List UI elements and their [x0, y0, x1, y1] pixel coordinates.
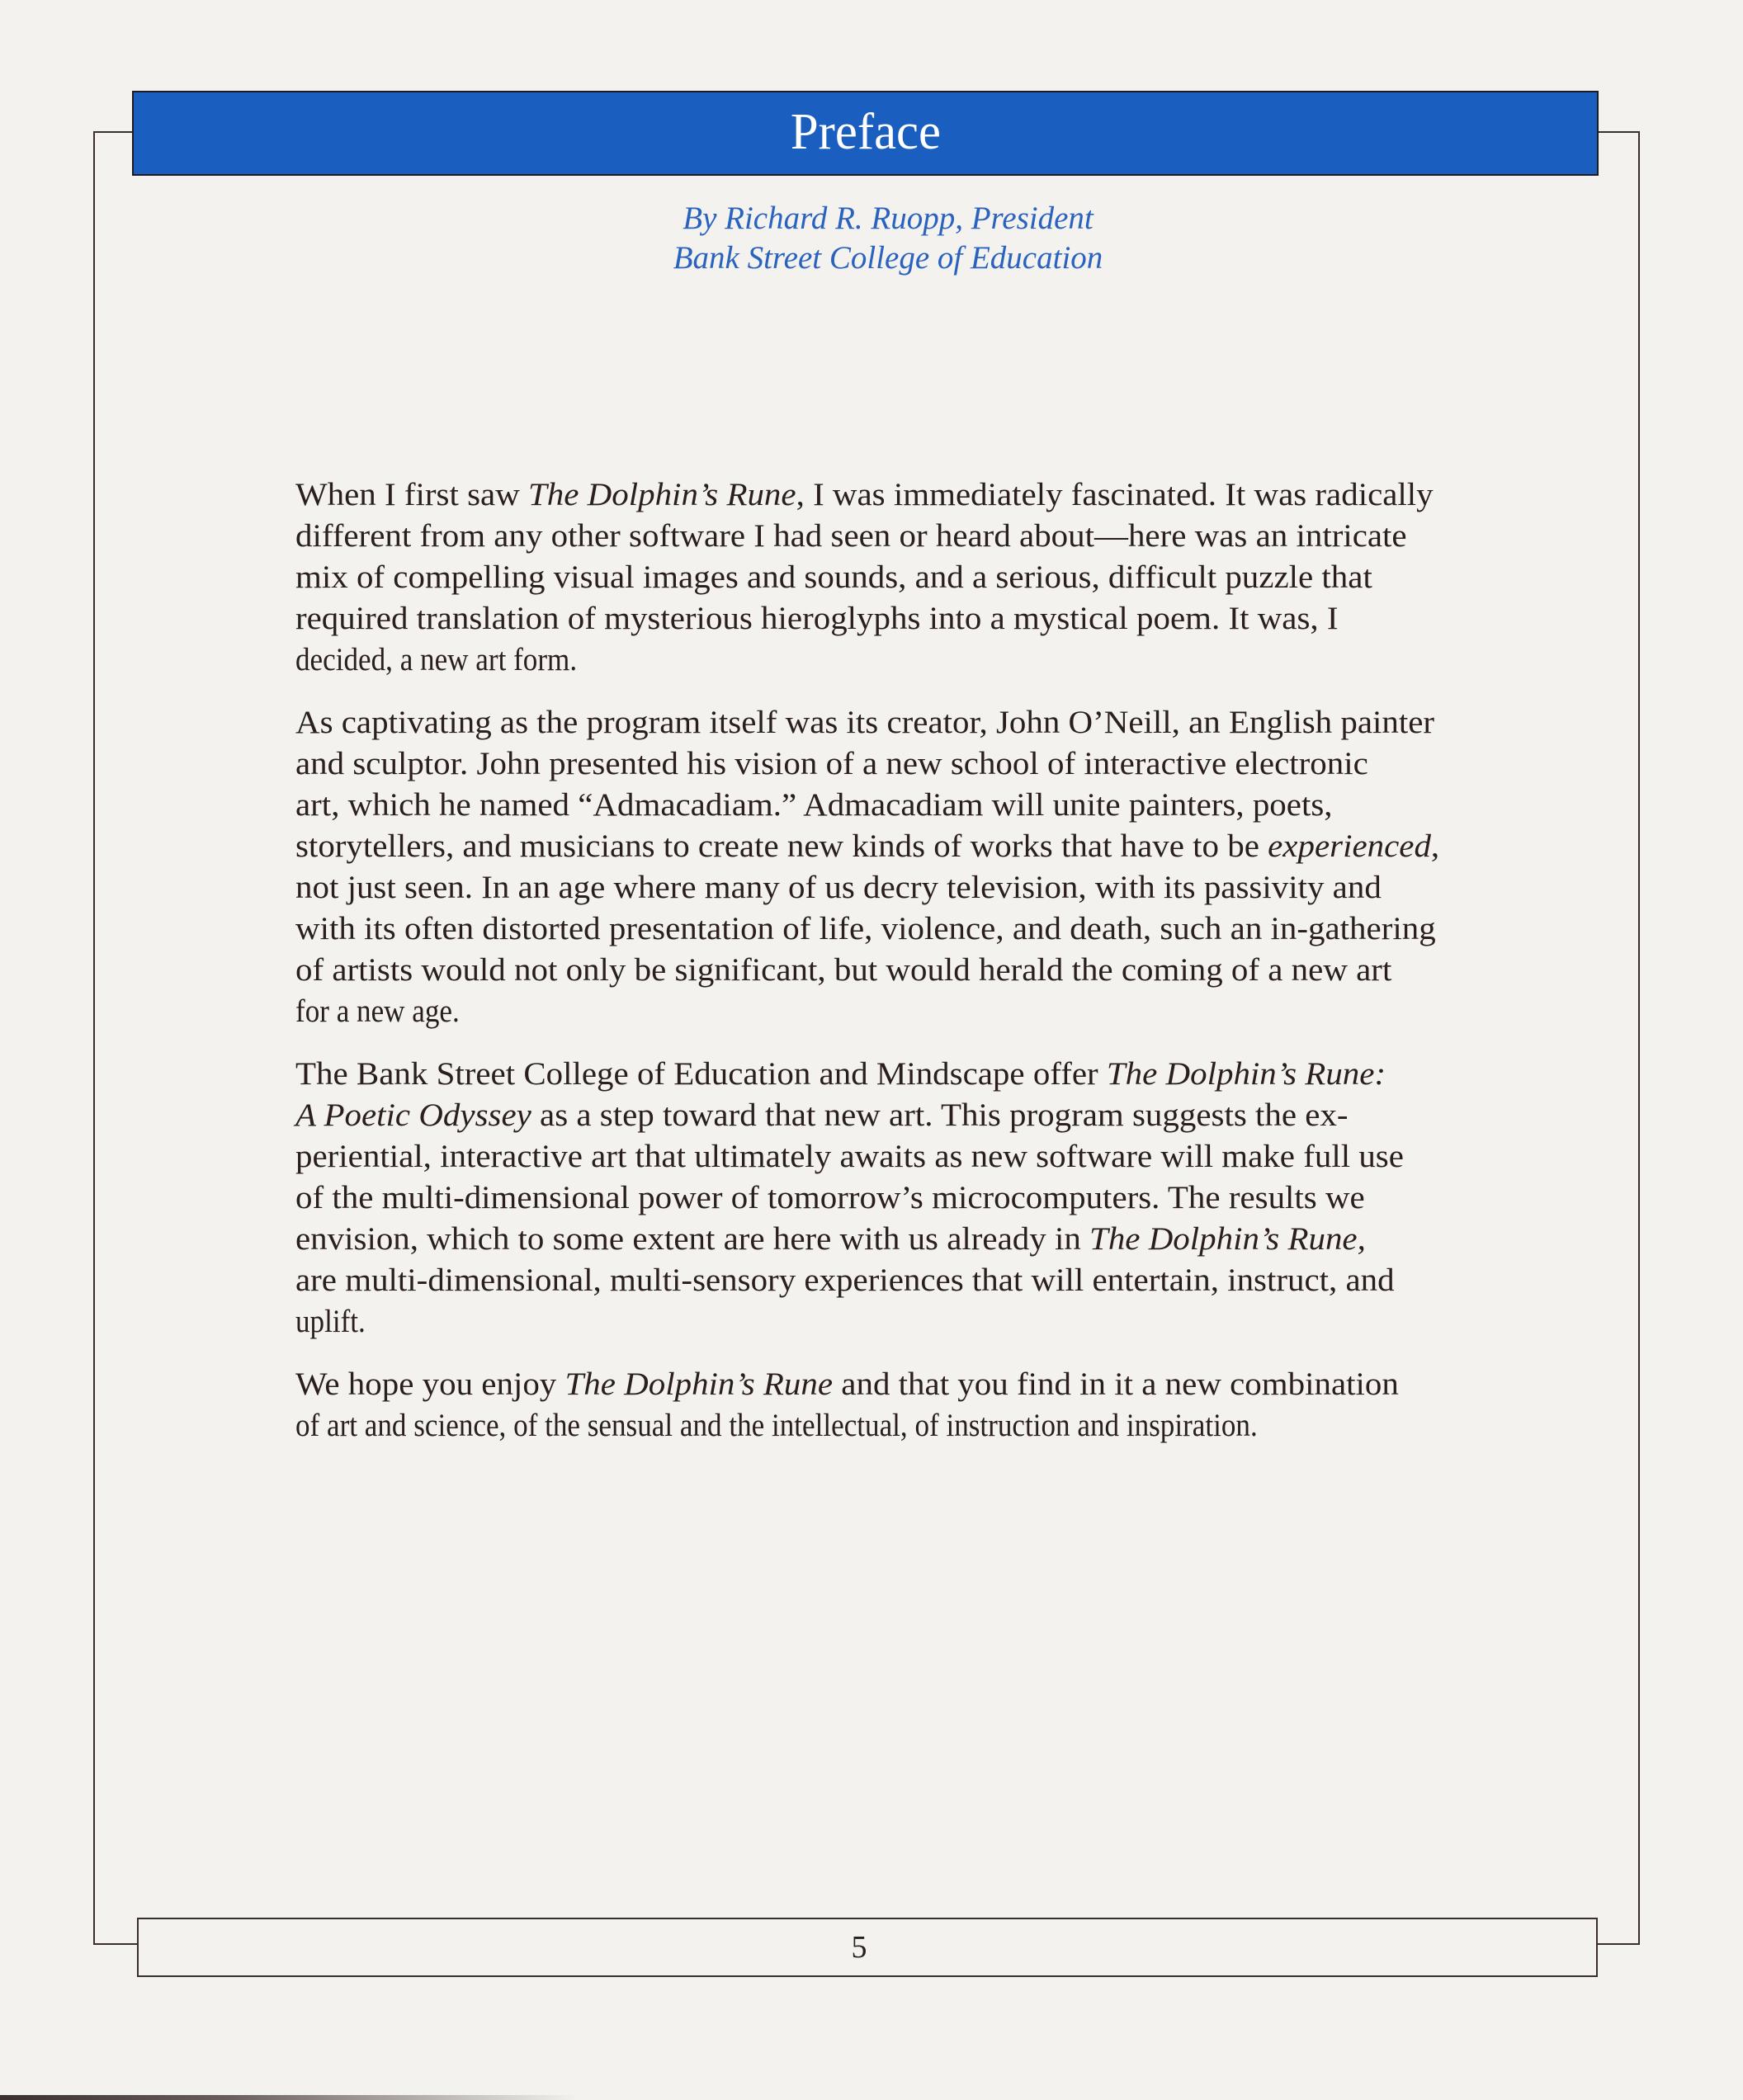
text-run: of artists would not only be significant…: [295, 952, 1391, 988]
text-run: with its often distorted presentation of…: [295, 911, 1436, 946]
text-line: are multi-dimensional, multi-sensory exp…: [295, 1260, 1443, 1301]
text-run: uplift.: [295, 1304, 366, 1339]
text-run: The Bank Street College of Education and…: [295, 1056, 1107, 1092]
text-line: art, which he named “Admacadiam.” Admaca…: [295, 785, 1443, 826]
text-run: storytellers, and musicians to create ne…: [295, 828, 1268, 864]
paragraph: When I first saw The Dolphin’s Rune, I w…: [295, 474, 1443, 681]
text-run: and that you find in it a new combinatio…: [833, 1366, 1399, 1402]
text-line: different from any other software I had …: [295, 516, 1443, 557]
text-line: As captivating as the program itself was…: [295, 702, 1443, 743]
preface-body: When I first saw The Dolphin’s Rune, I w…: [295, 474, 1443, 1468]
paragraph: As captivating as the program itself was…: [295, 702, 1443, 1032]
text-line: mix of compelling visual images and soun…: [295, 557, 1443, 598]
text-line: required translation of mysterious hiero…: [295, 598, 1443, 639]
text-run: mix of compelling visual images and soun…: [295, 559, 1372, 595]
byline: By Richard R. Ruopp, President Bank Stre…: [0, 199, 1743, 278]
text-run: and sculptor. John presented his vision …: [295, 746, 1368, 781]
text-line: decided, a new art form.: [295, 639, 1443, 681]
text-line: The Bank Street College of Education and…: [295, 1054, 1443, 1095]
text-run: as a step toward that new art. This prog…: [531, 1097, 1349, 1133]
text-line: not just seen. In an age where many of u…: [295, 867, 1443, 908]
page-footer: 5: [137, 1918, 1598, 1977]
text-line: envision, which to some extent are here …: [295, 1219, 1443, 1260]
text-run: of art and science, of the sensual and t…: [295, 1408, 1258, 1443]
text-run: ,: [1431, 828, 1439, 864]
italic-title-text: The Dolphin’s Rune,: [1089, 1221, 1366, 1257]
byline-author: By Richard R. Ruopp, President: [0, 199, 1743, 238]
text-run: for a new age.: [295, 993, 460, 1029]
text-line: of art and science, of the sensual and t…: [295, 1405, 1443, 1446]
text-line: of the multi-dimensional power of tomorr…: [295, 1177, 1443, 1219]
title-banner: Preface: [132, 91, 1599, 176]
text-run: art, which he named “Admacadiam.” Admaca…: [295, 787, 1333, 823]
text-line: of artists would not only be significant…: [295, 950, 1443, 991]
paragraph: We hope you enjoy The Dolphin’s Rune and…: [295, 1364, 1443, 1446]
text-run: When I first saw: [295, 477, 528, 512]
text-run: of the multi-dimensional power of tomorr…: [295, 1180, 1365, 1215]
text-line: When I first saw The Dolphin’s Rune, I w…: [295, 474, 1443, 516]
paragraph: The Bank Street College of Education and…: [295, 1054, 1443, 1343]
page-title: Preface: [790, 106, 940, 158]
byline-institution: Bank Street College of Education: [0, 238, 1743, 278]
text-line: A Poetic Odyssey as a step toward that n…: [295, 1095, 1443, 1136]
text-line: We hope you enjoy The Dolphin’s Rune and…: [295, 1364, 1443, 1405]
text-line: storytellers, and musicians to create ne…: [295, 826, 1443, 867]
text-run: required translation of mysterious hiero…: [295, 601, 1338, 636]
text-run: not just seen. In an age where many of u…: [295, 870, 1382, 905]
text-run: envision, which to some extent are here …: [295, 1221, 1089, 1257]
text-line: uplift.: [295, 1301, 1443, 1343]
text-run: different from any other software I had …: [295, 518, 1407, 554]
text-run: As captivating as the program itself was…: [295, 705, 1434, 740]
text-line: periential, interactive art that ultimat…: [295, 1136, 1443, 1177]
page-number: 5: [852, 1929, 867, 1966]
italic-title-text: The Dolphin’s Rune: [565, 1366, 834, 1402]
italic-title-text: The Dolphin’s Rune: [528, 477, 796, 512]
text-run: We hope you enjoy: [295, 1366, 565, 1402]
text-run: , I was immediately fascinated. It was r…: [796, 477, 1434, 512]
italic-title-text: A Poetic Odyssey: [295, 1097, 531, 1133]
scan-edge-shadow: [0, 2095, 578, 2100]
text-line: with its often distorted presentation of…: [295, 908, 1443, 950]
italic-title-text: The Dolphin’s Rune:: [1107, 1056, 1386, 1092]
italic-title-text: experienced: [1268, 828, 1431, 864]
text-run: are multi-dimensional, multi-sensory exp…: [295, 1262, 1395, 1298]
text-line: for a new age.: [295, 991, 1443, 1032]
text-run: periential, interactive art that ultimat…: [295, 1139, 1404, 1174]
text-line: and sculptor. John presented his vision …: [295, 743, 1443, 785]
text-run: decided, a new art form.: [295, 642, 577, 677]
